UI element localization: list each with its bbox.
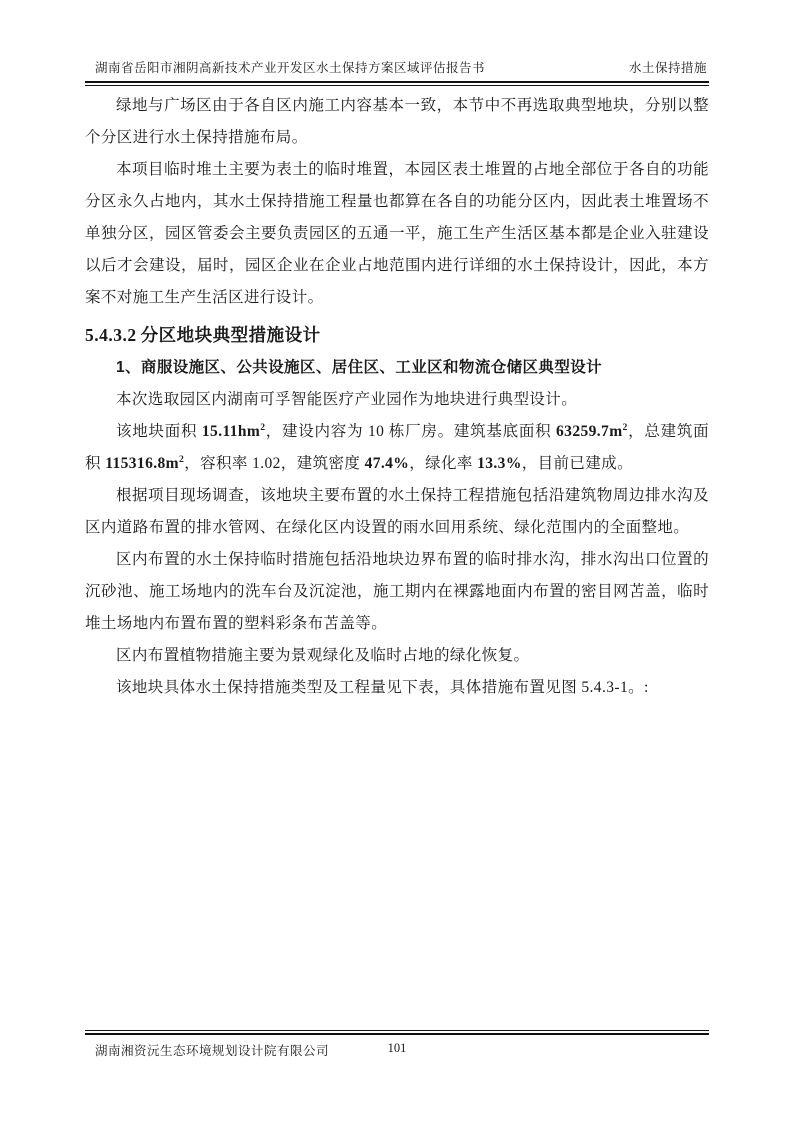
page-header: 湖南省岳阳市湘阴高新技术产业开发区水土保持方案区域评估报告书 水土保持措施: [85, 58, 709, 86]
footer-rule: [85, 1030, 709, 1035]
document-page: 湖南省岳阳市湘阴高新技术产业开发区水土保持方案区域评估报告书 水土保持措施 绿地…: [0, 0, 793, 1122]
para-typical-design-selection: 本次选取园区内湖南可孚智能医疗产业园作为地块进行典型设计。: [85, 384, 709, 416]
section-heading-5-4-3-2: 5.4.3.2分区地块典型措施设计: [85, 320, 709, 350]
subsection-heading-1: 1、商服设施区、公共设施区、居住区、工业区和物流仓储区典型设计: [85, 354, 709, 382]
header-rule: [85, 81, 709, 86]
header-chapter-label: 水土保持措施: [629, 58, 707, 76]
page-number: 101: [85, 1041, 709, 1056]
para-green-plaza: 绿地与广场区由于各自区内施工内容基本一致，本节中不再选取典型地块，分别以整个分区…: [85, 90, 709, 154]
para-engineering-measures: 根据项目现场调查，该地块主要布置的水土保持工程措施包括沿建筑物周边排水沟及区内道…: [85, 480, 709, 544]
para-table-figure-reference: 该地块具体水土保持措施类型及工程量见下表，具体措施布置见图 5.4.3-1。:: [85, 672, 709, 704]
para-plant-measures: 区内布置植物措施主要为景观绿化及临时占地的绿化恢复。: [85, 640, 709, 672]
document-body: 绿地与广场区由于各自区内施工内容基本一致，本节中不再选取典型地块，分别以整个分区…: [85, 90, 709, 704]
para-site-metrics: 该地块面积 15.11hm2，建设内容为 10 栋厂房。建筑基底面积 63259…: [85, 416, 709, 480]
para-temporary-measures: 区内布置的水土保持临时措施包括沿地块边界布置的临时排水沟，排水沟出口位置的沉砂池…: [85, 544, 709, 640]
header-report-title: 湖南省岳阳市湘阴高新技术产业开发区水土保持方案区域评估报告书: [95, 58, 485, 76]
page-footer: 101 湖南湘资沅生态环境规划设计院有限公司: [85, 1030, 709, 1059]
para-temp-soil-stacking: 本项目临时堆土主要为表土的临时堆置，本园区表土堆置的占地全部位于各自的功能分区永…: [85, 154, 709, 314]
